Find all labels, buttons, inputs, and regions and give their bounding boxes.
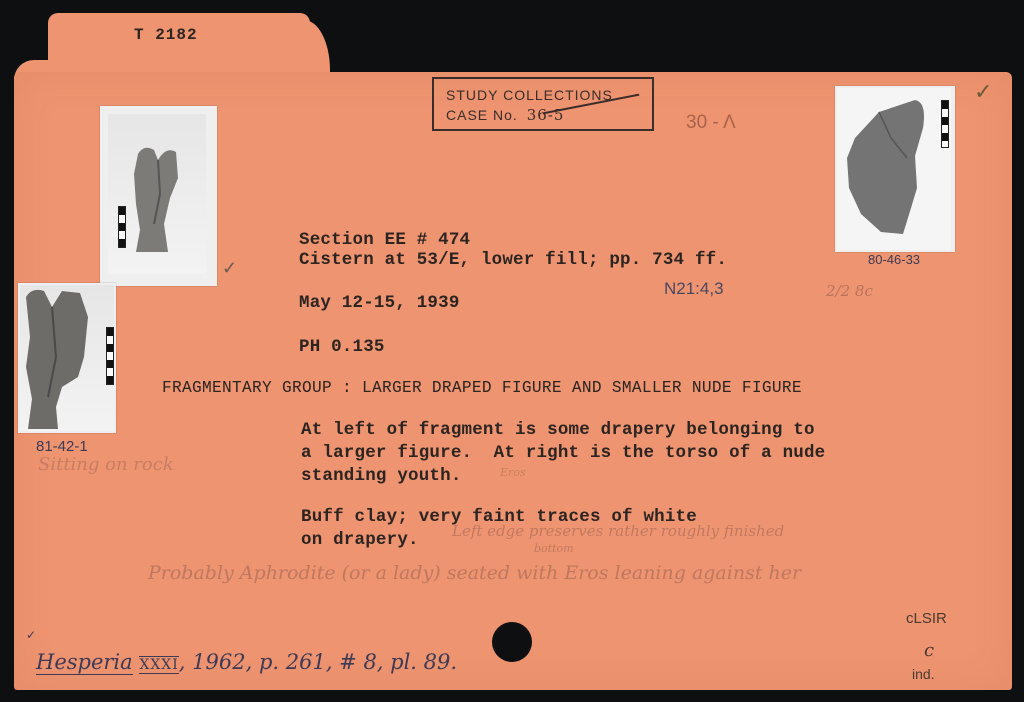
pencil-eros: Eros bbox=[500, 466, 526, 479]
card-tab-curve-right bbox=[300, 20, 330, 80]
section-number: Section EE # 474 bbox=[299, 230, 470, 250]
catalog-note-top: 30 - Λ bbox=[686, 112, 736, 134]
description-line-1: At left of fragment is some drapery belo… bbox=[301, 420, 815, 440]
figurine-image bbox=[22, 287, 94, 431]
check-mark-middle: ✓ bbox=[222, 258, 237, 279]
punch-hole bbox=[492, 622, 532, 662]
object-title: FRAGMENTARY GROUP : LARGER DRAPED FIGURE… bbox=[162, 378, 802, 397]
pencil-fraction-note: 2/2 8c bbox=[826, 282, 873, 300]
excavation-date: May 12-15, 1939 bbox=[299, 293, 460, 313]
corner-code: cLSIR bbox=[906, 610, 947, 627]
pencil-left-edge-note: Left edge preserves rather roughly finis… bbox=[452, 522, 784, 540]
card-tab-label: T 2182 bbox=[134, 26, 198, 44]
find-location: Cistern at 53/E, lower fill; pp. 734 ff. bbox=[299, 250, 727, 270]
grid-reference: N21:4,3 bbox=[664, 279, 724, 299]
bibliography-details: , 1962, p. 261, # 8, pl. 89. bbox=[179, 650, 457, 674]
stamp-line-1: STUDY COLLECTIONS bbox=[446, 85, 652, 105]
photo-left bbox=[18, 283, 116, 433]
photo-scale-bar bbox=[941, 100, 949, 148]
photo-scale-bar bbox=[106, 327, 114, 385]
corner-c: c bbox=[924, 640, 934, 661]
bibliography-journal: Hesperia bbox=[36, 650, 133, 675]
photo-top-right bbox=[835, 86, 955, 252]
bibliography-volume: XXXI bbox=[139, 656, 178, 674]
photo-ref-right: 80-46-33 bbox=[868, 252, 920, 267]
dimension-ph: PH 0.135 bbox=[299, 337, 385, 357]
corner-ind: ind. bbox=[912, 666, 935, 682]
stamp-case-label: CASE No. bbox=[446, 107, 518, 123]
fragment-image bbox=[845, 98, 929, 238]
study-collections-stamp: STUDY COLLECTIONS CASE No. 36-5 bbox=[432, 77, 654, 131]
photo-ref-left: 81-42-1 bbox=[36, 438, 88, 455]
figurine-image bbox=[130, 144, 190, 254]
pencil-bottom-note: bottom bbox=[534, 542, 574, 555]
description-line-3: standing youth. bbox=[301, 466, 462, 486]
bibliography-reference: Hesperia XXXI, 1962, p. 261, # 8, pl. 89… bbox=[36, 650, 457, 674]
pencil-probably-note: Probably Aphrodite (or a lady) seated wi… bbox=[148, 562, 801, 584]
photo-top-left bbox=[100, 106, 217, 286]
bibliography-check: ✓ bbox=[26, 628, 36, 642]
photo-scale-bar bbox=[118, 206, 126, 248]
pencil-sitting-note: Sitting on rock bbox=[38, 454, 174, 475]
material-line-2: on drapery. bbox=[301, 530, 419, 550]
stamp-line-2: CASE No. 36-5 bbox=[446, 105, 652, 125]
description-line-2: a larger figure. At right is the torso o… bbox=[301, 443, 825, 463]
check-mark-top-right: ✓ bbox=[974, 80, 992, 105]
